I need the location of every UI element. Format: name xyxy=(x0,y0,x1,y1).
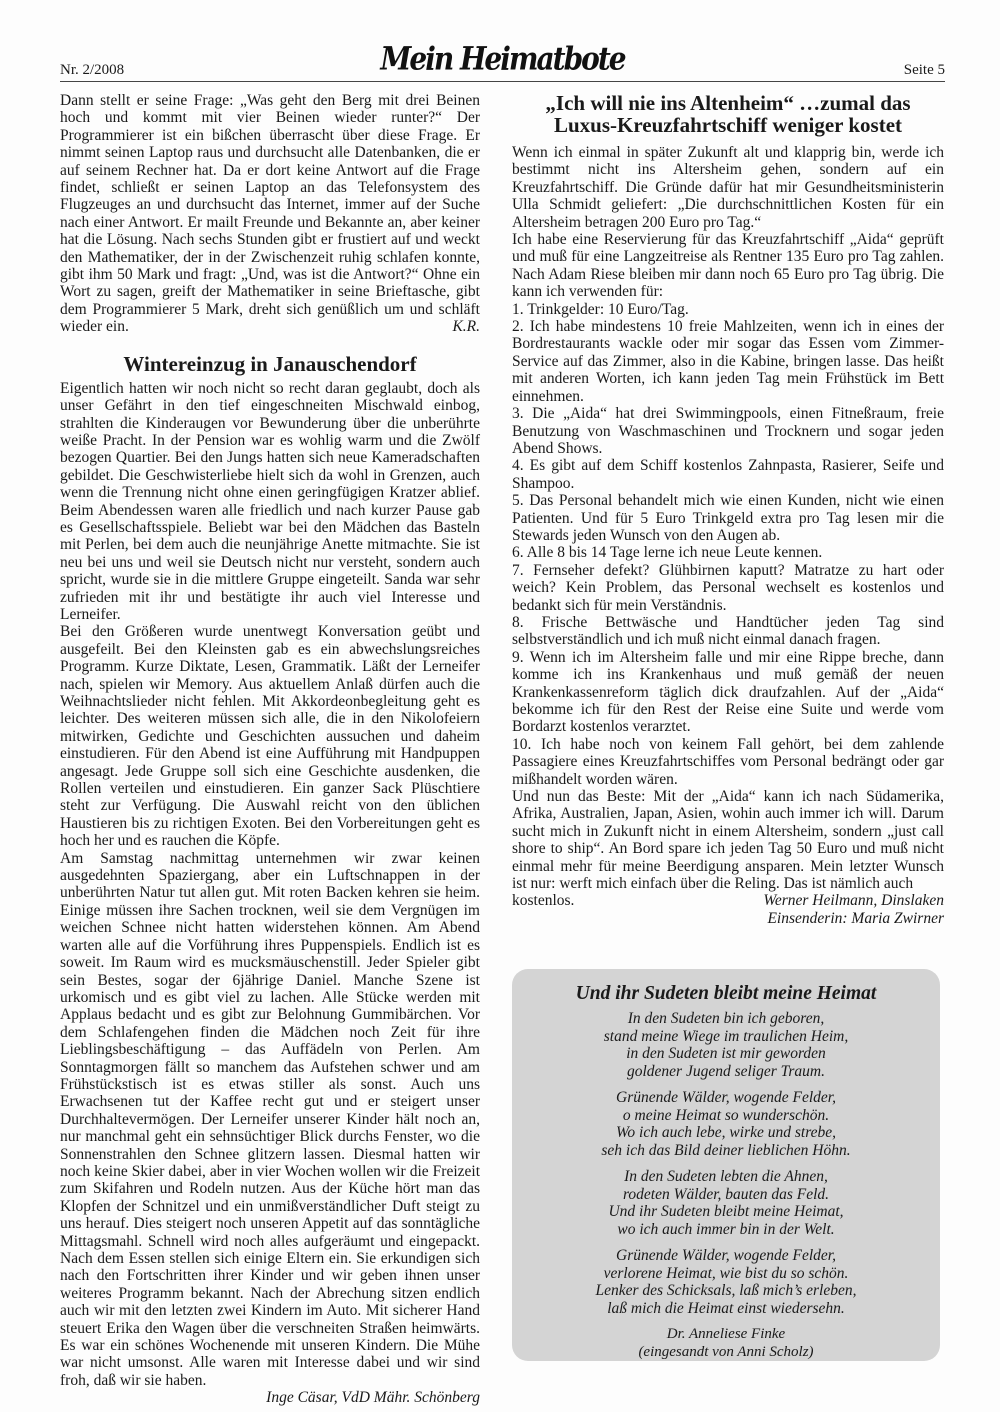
poem-stanza: In den Sudeten bin ich geboren, stand me… xyxy=(512,1010,940,1080)
newspaper-logo: Mein Heimatbote xyxy=(380,40,624,78)
author-signature: Werner Heilmann, Dinslaken xyxy=(763,892,944,909)
list-item: 5. Das Personal behandelt mich wie einen… xyxy=(512,492,944,544)
list-item: 6. Alle 8 bis 14 Tage lerne ich neue Leu… xyxy=(512,544,944,561)
article-paragraph: Wenn ich einmal in später Zukunft alt un… xyxy=(512,144,944,231)
article-paragraph: Ich habe eine Reservierung für das Kreuz… xyxy=(512,231,944,301)
article-signature: Inge Cäsar, VdD Mähr. Schönberg xyxy=(60,1389,480,1406)
article-title: Wintereinzug in Janauschendorf xyxy=(60,352,480,376)
sender-signature: Einsenderin: Maria Zwirner xyxy=(512,910,944,927)
right-column: „Ich will nie ins Altenheim“ …zumal das … xyxy=(512,92,944,927)
header-rule xyxy=(60,81,945,82)
poem-author: Dr. Anneliese Finke (eingesandt von Anni… xyxy=(512,1326,940,1361)
list-item: 9. Wenn ich im Altersheim falle und mir … xyxy=(512,649,944,736)
list-item: 3. Die „Aida“ hat drei Swimmingpools, ei… xyxy=(512,405,944,457)
poem-box: Und ihr Sudeten bleibt meine Heimat In d… xyxy=(512,969,940,1361)
list-item: 7. Fernseher defekt? Glühbirnen kaputt? … xyxy=(512,562,944,614)
poem-title: Und ihr Sudeten bleibt meine Heimat xyxy=(512,983,940,1005)
list-item: 10. Ich habe noch von keinem Fall gehört… xyxy=(512,736,944,788)
page-header: Nr. 2/2008 Mein Heimatbote Seite 5 xyxy=(60,40,945,82)
article-paragraph: Bei den Größeren wurde unentwegt Konvers… xyxy=(60,623,480,849)
intro-signature: K.R. xyxy=(452,318,480,335)
closing-paragraph: Und nun das Beste: Mit der „Aida“ kann i… xyxy=(512,788,944,892)
poem-stanza: Grünende Wälder, wogende Felder, verlore… xyxy=(512,1247,940,1317)
left-column: Dann stellt er seine Frage: „Was geht de… xyxy=(60,92,480,1407)
poem-stanza: In den Sudeten lebten die Ahnen, rodeten… xyxy=(512,1168,940,1238)
list-item: 1. Trinkgelder: 10 Euro/Tag. xyxy=(512,301,944,318)
poem-stanza: Grünende Wälder, wogende Felder, o meine… xyxy=(512,1089,940,1159)
intro-paragraph: Dann stellt er seine Frage: „Was geht de… xyxy=(60,92,480,336)
article-paragraph: Am Samstag nachmittag unternehmen wir zw… xyxy=(60,850,480,1390)
closing-last-line: kostenlos. Werner Heilmann, Dinslaken xyxy=(512,892,944,909)
page-number: Seite 5 xyxy=(904,62,945,79)
list-item: 8. Frische Bettwäsche und Handtücher jed… xyxy=(512,614,944,649)
article-paragraph: Eigentlich hatten wir noch nicht so rech… xyxy=(60,380,480,624)
list-item: 4. Es gibt auf dem Schiff kostenlos Zahn… xyxy=(512,457,944,492)
list-item: 2. Ich habe mindestens 10 freie Mahlzeit… xyxy=(512,318,944,405)
article-title: „Ich will nie ins Altenheim“ …zumal das … xyxy=(512,92,944,136)
issue-number: Nr. 2/2008 xyxy=(60,62,124,79)
